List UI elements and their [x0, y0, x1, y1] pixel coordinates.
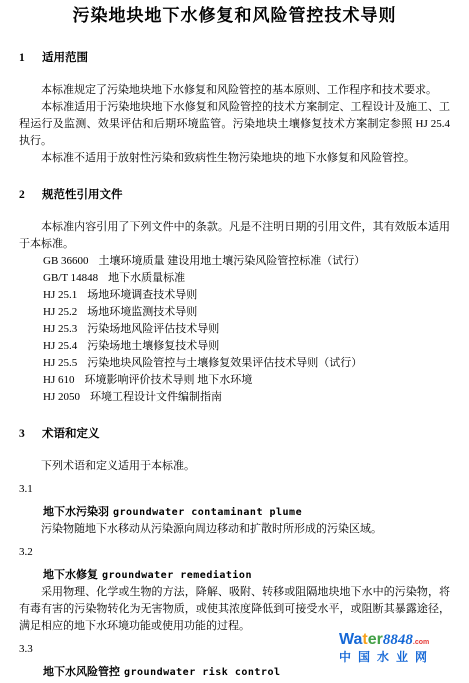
term-heading: 地下水修复groundwater remediation	[19, 567, 450, 584]
reference-item: GB/T 14848地下水质量标准	[43, 270, 450, 287]
section-title: 适用范围	[42, 52, 88, 64]
reference-title: 污染地块风险管控与土壤修复效果评估技术导则（试行）	[87, 357, 362, 369]
brand-letter: W	[339, 631, 354, 648]
section-heading-3: 3术语和定义	[19, 426, 450, 443]
reference-item: HJ 25.3污染场地风险评估技术导则	[43, 321, 450, 338]
paragraph: 下列术语和定义适用于本标准。	[19, 458, 450, 475]
brand-number: 8848	[383, 632, 413, 648]
paragraph: 本标准不适用于放射性污染和致病性生物污染地块的地下水修复和风险管控。	[19, 150, 450, 167]
reference-title: 环境工程设计文件编制指南	[90, 391, 222, 403]
term-en: groundwater remediation	[102, 570, 252, 581]
term-number: 3.2	[19, 544, 450, 561]
reference-code: HJ 25.4	[43, 340, 77, 352]
reference-code: HJ 25.5	[43, 357, 77, 369]
reference-list: GB 36600土壤环境质量 建设用地土壤污染风险管控标准（试行） GB/T 1…	[19, 253, 450, 406]
reference-title: 地下水质量标准	[108, 272, 185, 284]
reference-item: HJ 25.1场地环境调查技术导则	[43, 287, 450, 304]
reference-title: 环境影响评价技术导则 地下水环境	[84, 374, 252, 386]
term-zh: 地下水风险管控	[43, 666, 120, 678]
section-title: 术语和定义	[42, 428, 100, 440]
brand-letter: e	[368, 631, 377, 648]
term-heading: 地下水风险管控groundwater risk control	[19, 664, 450, 681]
watermark-brand: Water8848.com	[339, 632, 461, 648]
section-heading-1: 1适用范围	[19, 50, 450, 67]
reference-code: HJ 25.3	[43, 323, 77, 335]
reference-code: HJ 2050	[43, 391, 80, 403]
reference-title: 场地环境监测技术导则	[87, 306, 197, 318]
term-number: 3.1	[19, 481, 450, 498]
page-title: 污染地块地下水修复和风险管控技术导则	[19, 5, 450, 27]
reference-title: 场地环境调查技术导则	[87, 289, 197, 301]
reference-item: HJ 25.4污染场地土壤修复技术导则	[43, 338, 450, 355]
term-zh: 地下水修复	[43, 569, 98, 581]
term-en: groundwater risk control	[124, 667, 281, 678]
reference-title: 土壤环境质量 建设用地土壤污染风险管控标准（试行）	[99, 255, 366, 267]
reference-item: HJ 2050环境工程设计文件编制指南	[43, 389, 450, 406]
reference-code: GB 36600	[43, 255, 89, 267]
term-en: groundwater contaminant plume	[113, 507, 302, 518]
brand-tld: .com	[413, 639, 429, 646]
reference-title: 污染场地风险评估技术导则	[87, 323, 219, 335]
section-number: 1	[19, 50, 42, 67]
reference-code: HJ 25.1	[43, 289, 77, 301]
reference-item: HJ 25.2场地环境监测技术导则	[43, 304, 450, 321]
reference-item: HJ 25.5污染地块风险管控与土壤修复效果评估技术导则（试行）	[43, 355, 450, 372]
term-heading: 地下水污染羽groundwater contaminant plume	[19, 504, 450, 521]
section-number: 2	[19, 187, 42, 204]
document-page: 污染地块地下水修复和风险管控技术导则 1适用范围 本标准规定了污染地块地下水修复…	[0, 0, 469, 681]
reference-code: HJ 610	[43, 374, 74, 386]
watermark-logo: Water8848.com 中国水业网	[339, 632, 461, 663]
reference-item: GB 36600土壤环境质量 建设用地土壤污染风险管控标准（试行）	[43, 253, 450, 270]
section-title: 规范性引用文件	[42, 189, 123, 201]
term-zh: 地下水污染羽	[43, 506, 109, 518]
paragraph: 本标准适用于污染地块地下水修复和风险管控的技术方案制定、工程设计及施工、工程运行…	[19, 99, 450, 150]
paragraph: 本标准内容引用了下列文件中的条款。凡是不注明日期的引用文件，其有效版本适用于本标…	[19, 219, 450, 253]
watermark-tagline: 中国水业网	[339, 651, 461, 663]
term-definition: 采用物理、化学或生物的方法，降解、吸附、转移或阻隔地块地下水中的污染物，将有毒有…	[19, 584, 450, 635]
reference-code: GB/T 14848	[43, 272, 98, 284]
reference-title: 污染场地土壤修复技术导则	[87, 340, 219, 352]
reference-code: HJ 25.2	[43, 306, 77, 318]
section-heading-2: 2规范性引用文件	[19, 187, 450, 204]
reference-item: HJ 610环境影响评价技术导则 地下水环境	[43, 372, 450, 389]
term-definition: 污染物随地下水移动从污染源向周边移动和扩散时所形成的污染区域。	[19, 521, 450, 538]
paragraph: 本标准规定了污染地块地下水修复和风险管控的基本原则、工作程序和技术要求。	[19, 82, 450, 99]
section-number: 3	[19, 426, 42, 443]
